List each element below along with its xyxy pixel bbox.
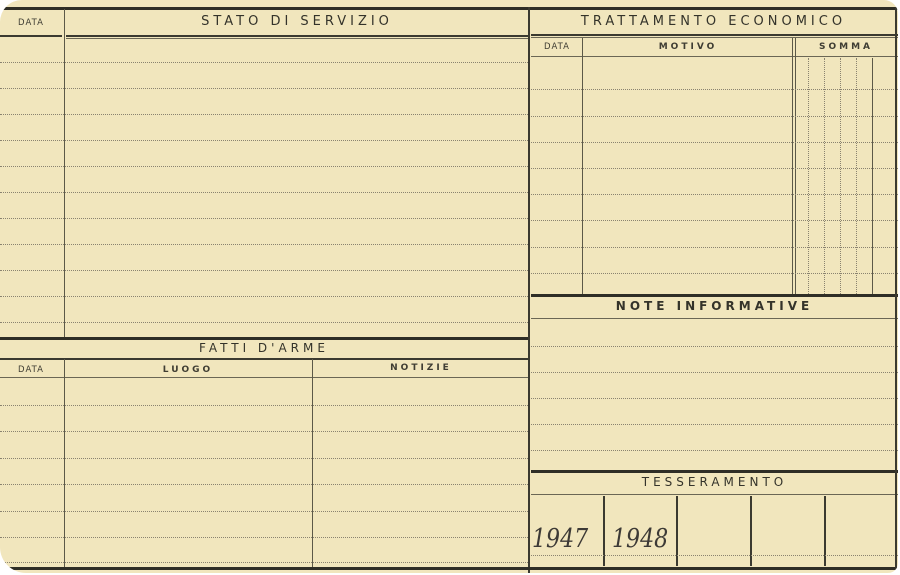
entry-line[interactable]	[531, 424, 898, 425]
note-informative-title: NOTE INFORMATIVE	[531, 299, 898, 313]
year-cell-3[interactable]	[680, 500, 748, 560]
column-divider	[64, 9, 65, 337]
entry-line[interactable]	[531, 220, 898, 221]
divider	[531, 470, 898, 473]
somma-subcolumn	[808, 58, 809, 294]
entry-line[interactable]	[0, 511, 528, 512]
column-divider	[795, 38, 796, 294]
entry-line[interactable]	[531, 372, 898, 373]
entry-line[interactable]	[0, 405, 528, 406]
divider	[66, 38, 528, 39]
entry-line[interactable]	[0, 62, 528, 63]
somma-subcolumn	[824, 58, 825, 294]
center-divider	[528, 7, 530, 573]
stato-data-header: DATA	[0, 18, 62, 28]
divider	[0, 358, 528, 360]
motivo-header: MOTIVO	[584, 42, 792, 52]
column-divider	[582, 38, 583, 294]
divider	[531, 56, 898, 57]
top-border	[0, 7, 898, 10]
year-cell-5[interactable]	[828, 500, 896, 560]
somma-header: SOMMA	[796, 42, 896, 52]
entry-line[interactable]	[531, 346, 898, 347]
entry-line[interactable]	[531, 273, 898, 274]
entry-line[interactable]	[0, 537, 528, 538]
column-divider	[64, 359, 65, 567]
entry-line[interactable]	[531, 398, 898, 399]
entry-line[interactable]	[0, 431, 528, 432]
entry-line[interactable]	[531, 142, 898, 143]
record-card: DATA STATO DI SERVIZIO TRATTAMENTO ECONO…	[0, 0, 898, 573]
fatti-d-arme-title: FATTI D'ARME	[0, 341, 528, 355]
divider	[66, 35, 528, 37]
right-border	[895, 7, 897, 569]
entry-line[interactable]	[531, 194, 898, 195]
entry-line[interactable]	[531, 450, 898, 451]
tesseramento-title: TESSERAMENTO	[531, 475, 898, 489]
entry-line[interactable]	[0, 322, 528, 323]
divider	[531, 34, 898, 36]
stato-di-servizio-title: STATO DI SERVIZIO	[66, 14, 528, 29]
entry-line[interactable]	[0, 218, 528, 219]
notizie-header: NOTIZIE	[314, 363, 528, 373]
entry-line[interactable]	[0, 114, 528, 115]
divider	[0, 377, 528, 378]
entry-line[interactable]	[531, 116, 898, 117]
trattamento-data-header: DATA	[532, 42, 582, 52]
divider	[0, 337, 528, 340]
entry-line[interactable]	[0, 484, 528, 485]
entry-line[interactable]	[0, 166, 528, 167]
divider	[531, 294, 898, 297]
column-divider	[792, 38, 793, 294]
entry-line[interactable]	[0, 244, 528, 245]
year-cell-2[interactable]: 1948	[612, 524, 668, 554]
entry-line[interactable]	[531, 168, 898, 169]
entry-line[interactable]	[0, 192, 528, 193]
year-cell-4[interactable]	[754, 500, 822, 560]
entry-line[interactable]	[531, 89, 898, 90]
bottom-border	[0, 567, 898, 570]
trattamento-economico-title: TRATTAMENTO ECONOMICO	[531, 14, 896, 29]
entry-line[interactable]	[0, 270, 528, 271]
year-cell-1[interactable]: 1947	[532, 524, 588, 554]
entry-line[interactable]	[531, 247, 898, 248]
divider	[531, 37, 898, 38]
somma-subcolumn	[856, 58, 857, 294]
entry-line[interactable]	[0, 140, 528, 141]
entry-line[interactable]	[0, 458, 528, 459]
entry-line[interactable]	[0, 562, 528, 563]
entry-line[interactable]	[0, 296, 528, 297]
somma-decimal-divider	[872, 58, 873, 294]
somma-subcolumn	[840, 58, 841, 294]
luogo-header: LUOGO	[66, 365, 310, 375]
divider	[531, 494, 898, 495]
divider	[531, 318, 898, 319]
divider	[0, 35, 62, 37]
column-divider	[312, 359, 313, 567]
entry-line[interactable]	[0, 88, 528, 89]
fatti-data-header: DATA	[0, 365, 62, 375]
